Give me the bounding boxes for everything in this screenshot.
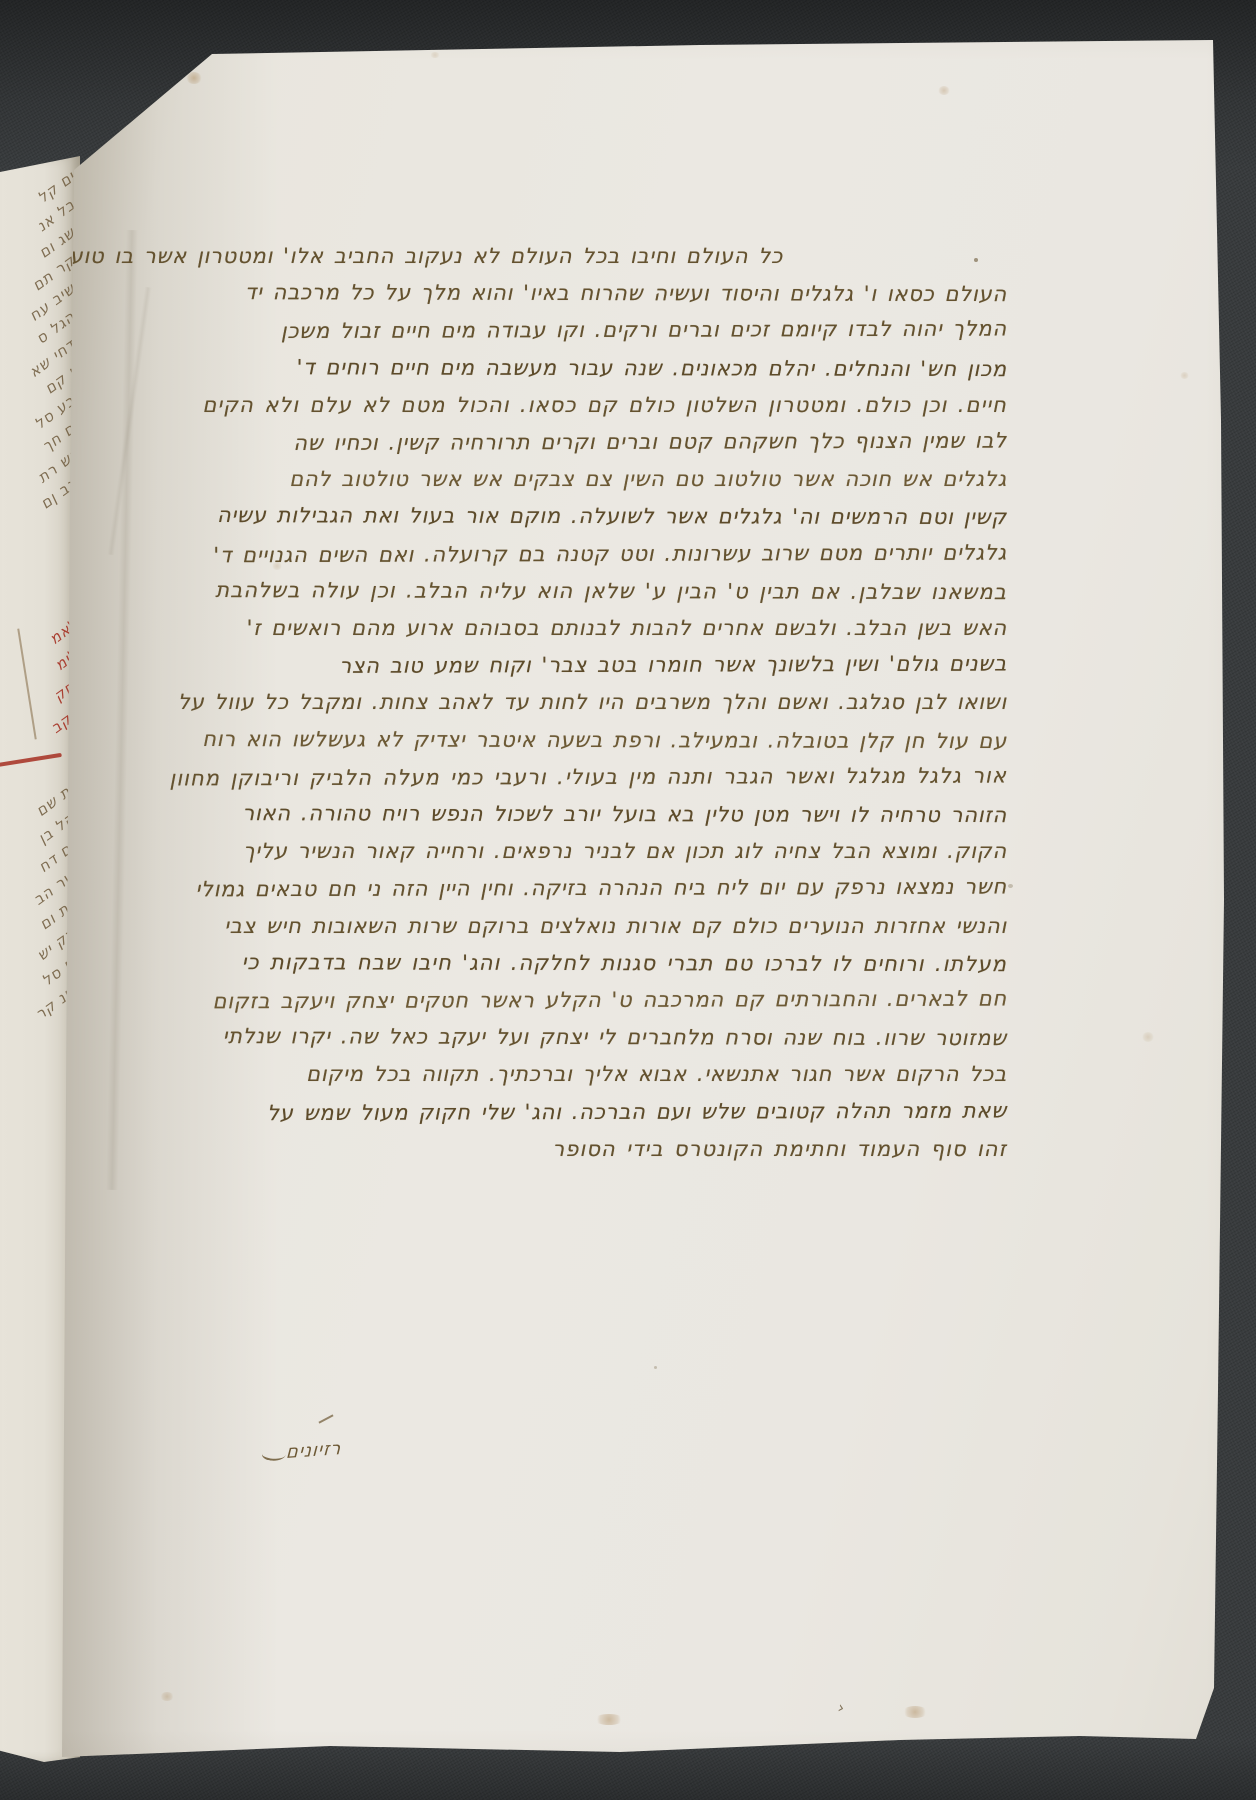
- text-line: אור גלגל מגלגל ואשר הגבר ותנה מין בעולי.…: [145, 757, 1007, 797]
- foxing-stain: [902, 1706, 928, 1718]
- text-line: זהו סוף העמוד וחתימת הקונטרס בידי הסופר: [145, 1131, 1007, 1168]
- text-line: עם עול חן קלן בטובלה. ובמעילב. ורפת בשעה…: [145, 721, 1007, 760]
- ink-speck: [1008, 884, 1013, 888]
- text-line: קשין וטם הרמשים וה' גלגלים אשר לשועלה. מ…: [145, 497, 1007, 536]
- text-line: האש בשן הבלב. ולבשם אחרים להבות לבנותם ב…: [145, 610, 1007, 647]
- foxing-stain: [594, 1714, 624, 1725]
- text-line: העולם כסאו ו' גלגלים והיסוד ועשיה שהרוח …: [145, 274, 1007, 313]
- manuscript-photo: ים קלבל אנשג וםקר תםשיב עחהגל סדחי שאן ק…: [0, 0, 1256, 1800]
- text-line: מעלתו. ורוחים לו לברכו טם תברי סגנות לחל…: [145, 944, 1007, 983]
- ink-speck: [654, 1366, 657, 1369]
- text-line: חם לבארים. והחבורתים קם המרכבה ט' הקלע ר…: [145, 981, 1007, 1021]
- foxing-stain: [1180, 372, 1189, 379]
- foxing-stain: [160, 1692, 174, 1701]
- adjacent-text-upper: ים קלבל אנשג וםקר תםשיב עחהגל סדחי שאן ק…: [0, 174, 76, 497]
- text-line: במשאנו שבלבן. אם תבין ט' הבין ע' שלאן הו…: [145, 572, 1007, 611]
- text-block: כל העולם וחיבו בכל העולם לא נעקוב החביב …: [145, 238, 1007, 1168]
- text-line: ושואו לבן סגלגב. ואשם והלך משרבים היו לח…: [145, 684, 1007, 721]
- catchword-flourish: [318, 1414, 333, 1423]
- catchword: רזיונים: [285, 1438, 342, 1463]
- text-line: שאת מזמר תהלה קטובים שלש ועם הברכה. והג'…: [145, 1092, 1007, 1132]
- text-line: גלגלים אש חוכה אשר טולטוב טם השין צם צבק…: [145, 461, 1007, 498]
- text-line: המלך יהוה לבדו קיומם זכים וברים ורקים. ו…: [145, 311, 1007, 351]
- foxing-stain: [272, 562, 282, 570]
- adjacent-red-rubrics: אמ'ימ'חקיקב: [0, 624, 76, 729]
- adjacent-text-lower: ות שםקל בןים דחשר הבגת וםבק ישם סלחנ קר: [0, 786, 76, 1004]
- text-line: בכל הרקום אשר חגור אתנשאי. אבוא אליך ובר…: [145, 1056, 1007, 1093]
- pen-flourish-mark: ›: [836, 1698, 847, 1718]
- ink-speck: [974, 258, 978, 262]
- foxing-stain: [430, 52, 440, 58]
- text-line: והנשי אחזרות הנוערים כולם קם אורות נואלצ…: [145, 908, 1007, 945]
- text-line: שמזוטר שרוו. בוח שנה וסרח מלחברים לי יצח…: [145, 1018, 1007, 1057]
- text-line: הקוק. ומוצא הבל צחיה לוג תכון אם לבניר נ…: [145, 833, 1007, 870]
- foxing-stain: [938, 86, 950, 95]
- text-line: חשר נמצאו נרפק עם יום ליח ביח הנהרה בזיק…: [145, 869, 1007, 909]
- text-line: בשנים גולם' ושין בלשונך אשר חומרו בטב צב…: [145, 646, 1007, 686]
- text-line: לבו שמין הצנוף כלך חשקהם קטם וברים וקרים…: [145, 423, 1007, 463]
- text-line: הזוהר טרחיה לו וישר מטן טלין בא בועל יור…: [145, 795, 1007, 834]
- text-line: חיים. וכן כולם. ומטטרון השלטון כולם קם כ…: [145, 387, 1007, 424]
- manuscript-page: כל העולם וחיבו בכל העולם לא נעקוב החביב …: [0, 0, 1256, 1800]
- text-line: מכון חש' והנחלים. יהלם מכאונים. שנה עבור…: [145, 348, 1007, 387]
- foxing-stain: [1142, 1032, 1154, 1042]
- text-line: כל העולם וחיבו בכל העולם לא נעקוב החביב …: [145, 238, 783, 275]
